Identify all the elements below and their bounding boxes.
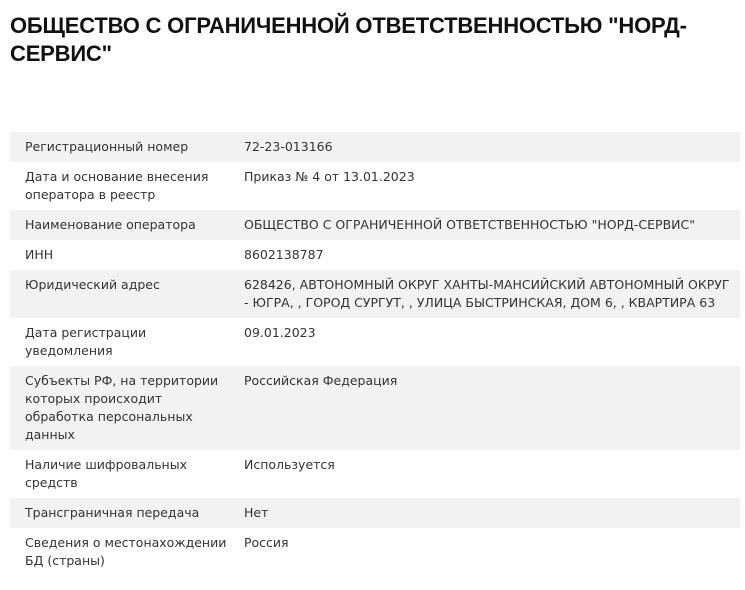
row-value: Российская Федерация [244, 366, 740, 450]
row-label: Наличие шифровальных средств [10, 450, 244, 498]
row-value: Используется [244, 450, 740, 498]
row-value: Нет [244, 498, 740, 528]
row-label: Трансграничная передача [10, 498, 244, 528]
table-row: Наименование оператора ОБЩЕСТВО С ОГРАНИ… [10, 210, 740, 240]
table-row: Юридический адрес 628426, АВТОНОМНЫЙ ОКР… [10, 270, 740, 318]
row-value: 09.01.2023 [244, 318, 740, 366]
table-row: Субъекты РФ, на территории которых проис… [10, 366, 740, 450]
row-value: 628426, АВТОНОМНЫЙ ОКРУГ ХАНТЫ-МАНСИЙСКИ… [244, 270, 740, 318]
row-label: Регистрационный номер [10, 132, 244, 162]
table-row: Трансграничная передача Нет [10, 498, 740, 528]
row-value: 8602138787 [244, 240, 740, 270]
row-label: Наименование оператора [10, 210, 244, 240]
table-row: ИНН 8602138787 [10, 240, 740, 270]
row-label: Сведения о местонахождении БД (страны) [10, 528, 244, 576]
table-row: Регистрационный номер 72-23-013166 [10, 132, 740, 162]
row-label: Субъекты РФ, на территории которых проис… [10, 366, 244, 450]
row-value: ОБЩЕСТВО С ОГРАНИЧЕННОЙ ОТВЕТСТВЕННОСТЬЮ… [244, 210, 740, 240]
operator-details-table: Регистрационный номер 72-23-013166 Дата … [10, 132, 740, 576]
row-value: Приказ № 4 от 13.01.2023 [244, 162, 740, 210]
row-label: Дата регистрации уведомления [10, 318, 244, 366]
table-row: Сведения о местонахождении БД (страны) Р… [10, 528, 740, 576]
row-label: ИНН [10, 240, 244, 270]
row-value: 72-23-013166 [244, 132, 740, 162]
row-value: Россия [244, 528, 740, 576]
table-row: Дата регистрации уведомления 09.01.2023 [10, 318, 740, 366]
row-label: Юридический адрес [10, 270, 244, 318]
table-row: Наличие шифровальных средств Используетс… [10, 450, 740, 498]
page-title: ОБЩЕСТВО С ОГРАНИЧЕННОЙ ОТВЕТСТВЕННОСТЬЮ… [10, 12, 710, 68]
row-label: Дата и основание внесения оператора в ре… [10, 162, 244, 210]
table-row: Дата и основание внесения оператора в ре… [10, 162, 740, 210]
